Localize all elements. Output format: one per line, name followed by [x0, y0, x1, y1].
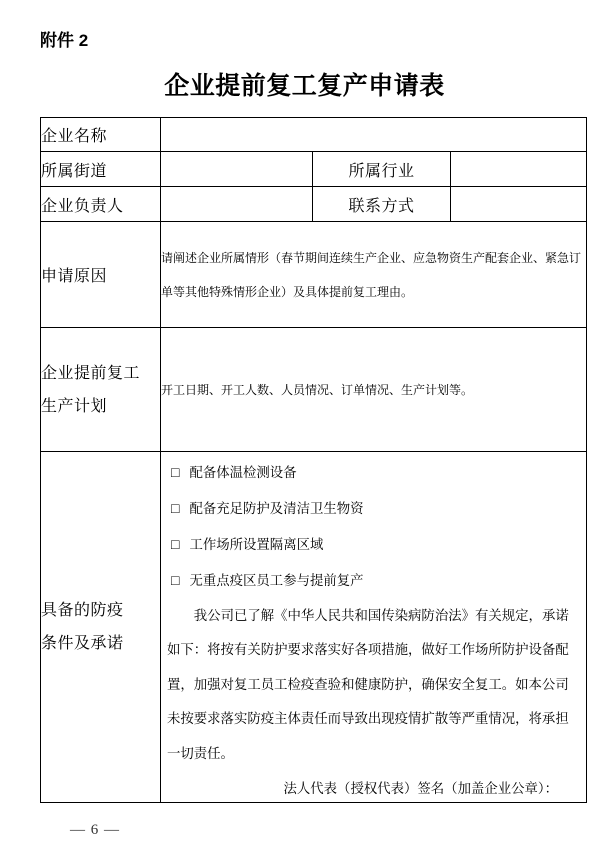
contact-value[interactable] — [451, 187, 587, 222]
checkbox-item-no-epidemic-staff[interactable]: □无重点疫区员工参与提前复产 — [161, 563, 586, 599]
plan-hint-cell[interactable]: 开工日期、开工人数、人员情况、订单情况、生产计划等。 — [161, 328, 587, 452]
checkbox-icon[interactable]: □ — [171, 564, 179, 599]
reason-hint-cell[interactable]: 请阐述企业所属情形（春节期间连续生产企业、应急物资生产配套企业、紧急订 单等其他… — [161, 222, 587, 328]
signature-label: 法人代表（授权代表）签名（加盖企业公章）： — [161, 779, 586, 799]
industry-label: 所属行业 — [313, 152, 451, 187]
checkbox-label: 无重点疫区员工参与提前复产 — [189, 573, 363, 588]
plan-label-line1: 企业提前复工 — [41, 357, 160, 390]
street-value[interactable] — [161, 152, 313, 187]
conditions-label-line2: 条件及承诺 — [41, 627, 160, 660]
checkbox-label: 配备体温检测设备 — [189, 465, 296, 480]
plan-label-line2: 生产计划 — [41, 390, 160, 423]
commitment-statement: 我公司已了解《中华人民共和国传染病防治法》有关规定，承诺 如下：将按有关防护要求… — [161, 599, 586, 771]
street-label: 所属街道 — [41, 152, 161, 187]
checkbox-label: 工作场所设置隔离区域 — [189, 537, 323, 552]
checkbox-label: 配备充足防护及清洁卫生物资 — [189, 501, 363, 516]
checkbox-icon[interactable]: □ — [171, 492, 179, 527]
plan-label: 企业提前复工 生产计划 — [41, 328, 161, 452]
row-street-industry: 所属街道 所属行业 — [41, 152, 587, 187]
row-reason: 申请原因 请阐述企业所属情形（春节期间连续生产企业、应急物资生产配套企业、紧急订… — [41, 222, 587, 328]
row-conditions: 具备的防疫 条件及承诺 □配备体温检测设备 □配备充足防护及清洁卫生物资 □工作… — [41, 452, 587, 803]
manager-value[interactable] — [161, 187, 313, 222]
conditions-label-line1: 具备的防疫 — [41, 594, 160, 627]
row-manager-contact: 企业负责人 联系方式 — [41, 187, 587, 222]
conditions-cell: □配备体温检测设备 □配备充足防护及清洁卫生物资 □工作场所设置隔离区域 □无重… — [161, 452, 587, 803]
checkbox-icon[interactable]: □ — [171, 456, 179, 491]
checkbox-item-supplies[interactable]: □配备充足防护及清洁卫生物资 — [161, 491, 586, 527]
industry-value[interactable] — [451, 152, 587, 187]
reason-label: 申请原因 — [41, 222, 161, 328]
application-form-table: 企业名称 所属街道 所属行业 企业负责人 联系方式 申请原因 请阐述企业所属情形… — [40, 117, 587, 803]
conditions-label: 具备的防疫 条件及承诺 — [41, 452, 161, 803]
row-company-name: 企业名称 — [41, 118, 587, 152]
checkbox-item-temperature[interactable]: □配备体温检测设备 — [161, 455, 586, 491]
page-title: 企业提前复工复产申请表 — [0, 71, 609, 101]
row-plan: 企业提前复工 生产计划 开工日期、开工人数、人员情况、订单情况、生产计划等。 — [41, 328, 587, 452]
checkbox-item-isolation-area[interactable]: □工作场所设置隔离区域 — [161, 527, 586, 563]
attachment-label: 附件 2 — [40, 30, 88, 52]
checkbox-icon[interactable]: □ — [171, 528, 179, 563]
page-number: — 6 — — [70, 822, 120, 839]
company-name-value[interactable] — [161, 118, 587, 152]
company-name-label: 企业名称 — [41, 118, 161, 152]
manager-label: 企业负责人 — [41, 187, 161, 222]
contact-label: 联系方式 — [313, 187, 451, 222]
